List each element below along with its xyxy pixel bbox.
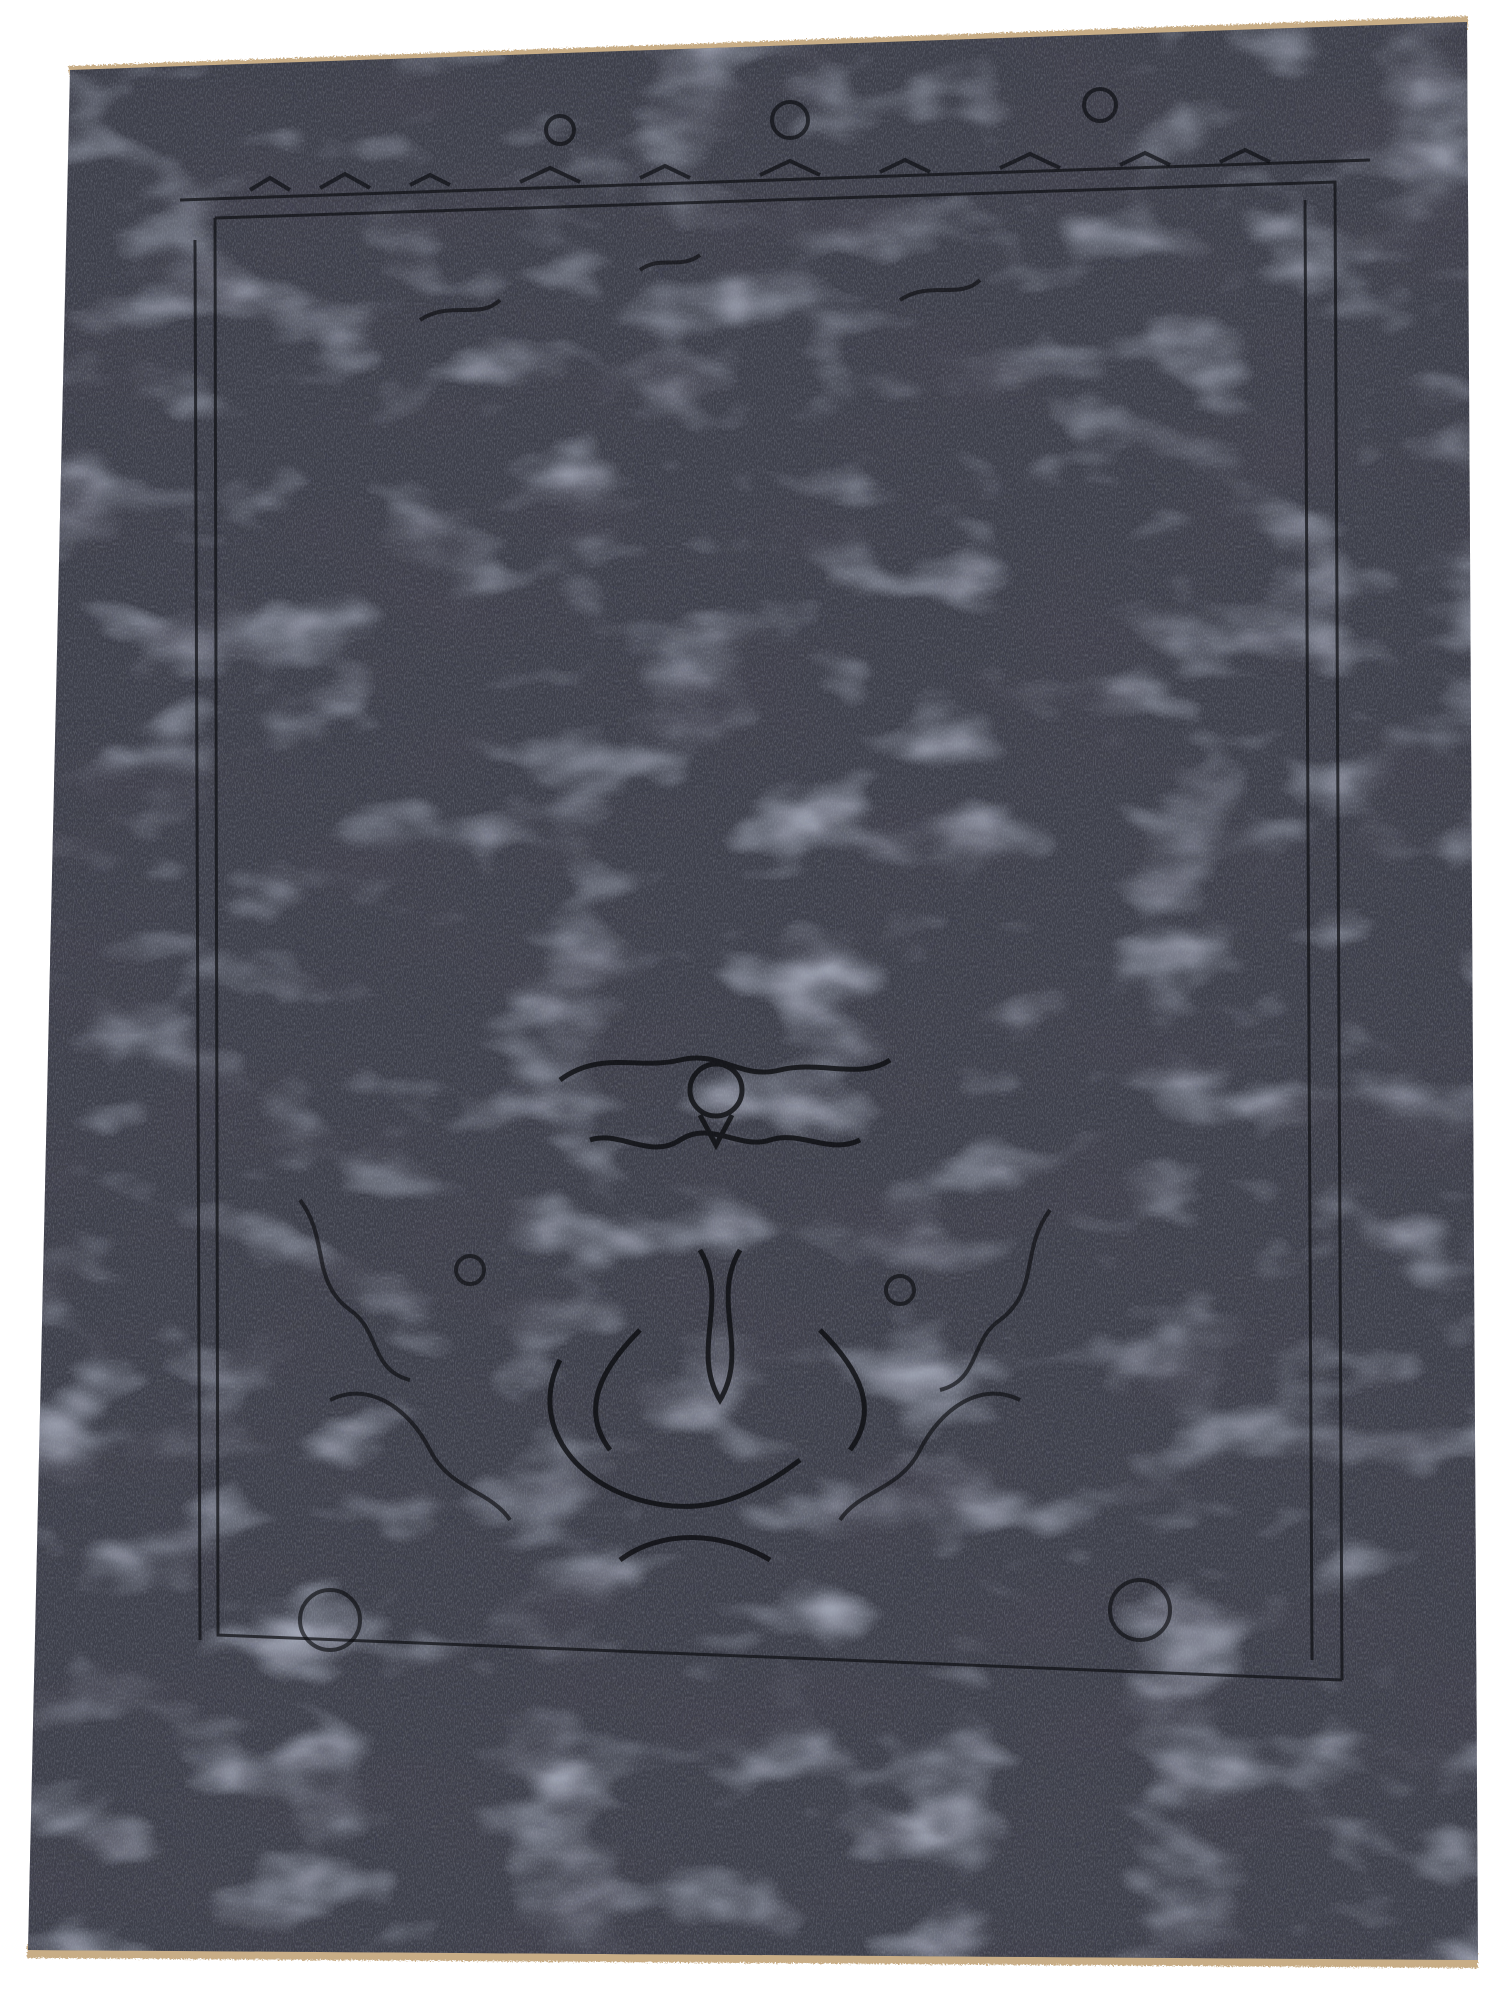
rug-body bbox=[0, 0, 1506, 2000]
product-photo bbox=[0, 0, 1506, 2000]
rug-image bbox=[0, 0, 1506, 2000]
